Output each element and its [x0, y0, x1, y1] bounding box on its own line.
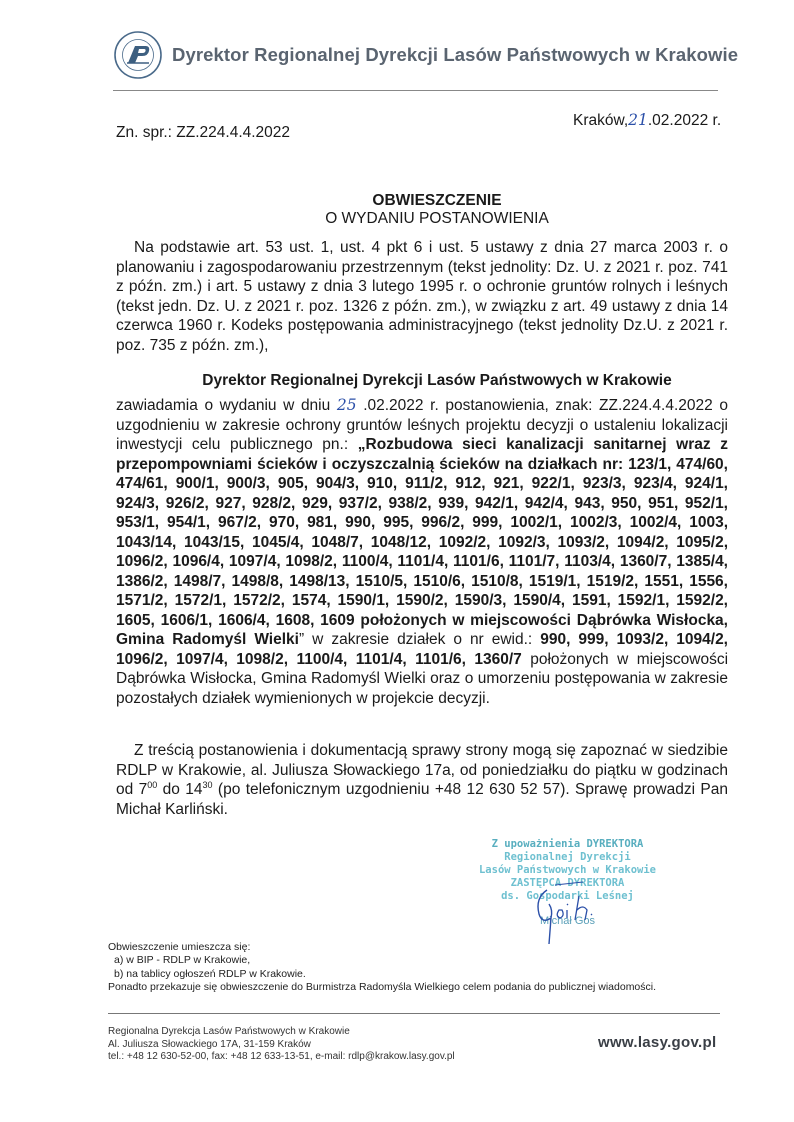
- access-info-paragraph: Z treścią postanowienia i dokumentacją s…: [116, 741, 728, 819]
- handwritten-signature: [525, 880, 615, 950]
- stamp-line: Lasów Państwowych w Krakowie: [455, 864, 680, 877]
- document-subtitle: O WYDANIU POSTANOWIENIA: [40, 210, 794, 228]
- document-date: Kraków,21.02.2022 r.: [573, 111, 721, 130]
- lasy-panstwowe-logo-icon: [113, 30, 163, 80]
- case-reference: Zn. spr.: ZZ.224.4.4.2022: [116, 124, 290, 142]
- footer-line: tel.: +48 12 630-52-00, fax: +48 12 633-…: [108, 1051, 455, 1064]
- notice-mid: ” w zakresie działek o nr ewid.:: [299, 631, 540, 648]
- notice-paragraph: zawiadamia o wydaniu w dniu 25 .02.2022 …: [116, 396, 728, 708]
- footer-line: Al. Juliusza Słowackiego 17A, 31-159 Kra…: [108, 1039, 455, 1052]
- director-heading: Dyrektor Regionalnej Dyrekcji Lasów Pańs…: [40, 372, 794, 390]
- institution-header: Dyrektor Regionalnej Dyrekcji Lasów Pańs…: [172, 44, 738, 66]
- distribution-note: Ponadto przekazuje się obwieszczenie do …: [108, 981, 656, 994]
- stamp-line: Regionalnej Dyrekcji: [455, 851, 680, 864]
- distribution-list: Obwieszczenie umieszcza się: a) w BIP - …: [108, 941, 656, 994]
- date-place: Kraków,: [573, 112, 628, 129]
- footer-address: Regionalna Dyrekcja Lasów Państwowych w …: [108, 1026, 455, 1064]
- hour-sup-2: 30: [203, 780, 213, 790]
- footer-divider: [108, 1013, 720, 1014]
- header-divider: [113, 90, 718, 91]
- distribution-heading: Obwieszczenie umieszcza się:: [108, 941, 656, 954]
- handwritten-day: 21: [628, 111, 648, 129]
- access-text-2: do 14: [157, 781, 202, 798]
- distribution-item: a) w BIP - RDLP w Krakowie,: [108, 954, 656, 967]
- legal-basis-paragraph: Na podstawie art. 53 ust. 1, ust. 4 pkt …: [116, 238, 728, 355]
- date-rest: .02.2022 r.: [648, 112, 721, 129]
- footer-line: Regionalna Dyrekcja Lasów Państwowych w …: [108, 1026, 455, 1039]
- document-title: OBWIESZCZENIE: [40, 192, 794, 210]
- stamp-line: Z upoważnienia DYREKTORA: [455, 838, 680, 851]
- project-name: „Rozbudowa sieci kanalizacji sanitarnej …: [116, 436, 728, 648]
- hour-sup-1: 00: [147, 780, 157, 790]
- notice-lead: zawiadamia o wydaniu w dniu: [116, 397, 330, 414]
- distribution-item: b) na tablicy ogłoszeń RDLP w Krakowie.: [108, 968, 656, 981]
- handwritten-issue-day: 25: [337, 396, 357, 414]
- website-link[interactable]: www.lasy.gov.pl: [598, 1034, 716, 1051]
